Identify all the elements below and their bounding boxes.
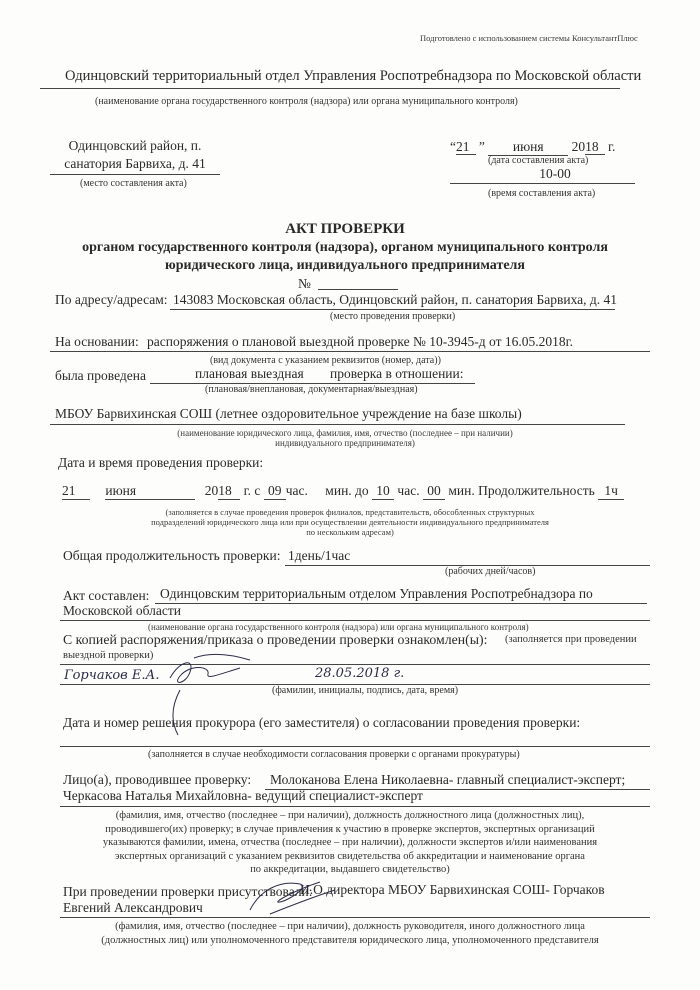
handwritten-date: 28.05.2018 г. (315, 666, 404, 681)
signature-present-icon (240, 870, 350, 920)
acquainted-note2: выездной проверки) (63, 650, 153, 661)
compiled-label: Акт составлен: (63, 588, 149, 604)
place-line2: санатория Барвиха, д. 41 (60, 156, 210, 172)
organ-name: Одинцовский территориальный отдел Управл… (65, 68, 641, 85)
prosecutor-label: Дата и номер решения прокурора (его заме… (63, 715, 580, 731)
dt-min2: мин. Продолжительность (448, 483, 594, 498)
total-duration-label: Общая продолжительность проверки: (63, 548, 280, 564)
compiled-value2: Московской области (63, 603, 181, 619)
present-value2: Евгений Александрович (63, 900, 203, 916)
address-caption: (место проведения проверки) (330, 311, 455, 322)
address-underline (170, 309, 615, 310)
inspectors-caption-line: по аккредитации, выдавшего свидетельство… (0, 863, 700, 877)
act-number-field (318, 289, 398, 290)
date-g: г. (608, 139, 615, 154)
conducted-label: была проведена (55, 368, 146, 384)
inspectors-caption-line: указываются фамилии, имена, отчества (по… (0, 836, 700, 850)
datetime-row: 21 июня 2018 г. с 09час. мин. до 10 час.… (62, 483, 662, 500)
header-note: Подготовлено с использованием системы Ко… (420, 33, 638, 43)
prosecutor-underline (60, 746, 650, 747)
date-month: июня (488, 139, 568, 156)
inspectors-value2: Черкасова Наталья Михайловна- ведущий сп… (63, 788, 423, 804)
date-caption: (дата составления акта) (488, 155, 588, 166)
dt-chas2: час. (397, 483, 419, 498)
date-day: 21 (456, 139, 476, 155)
act-number-label: № (298, 276, 311, 292)
address-value: 143083 Московская область, Одинцовский р… (173, 292, 617, 308)
dt-to-min: 00 (423, 483, 445, 500)
datetime-caption1: (заполняется в случае проведения проверо… (0, 507, 700, 517)
act-time: 10-00 (480, 166, 630, 182)
basis-value: распоряжения о плановой выездной проверк… (147, 334, 573, 350)
compiled-caption: (наименование органа государственного ко… (148, 622, 529, 632)
dt-day: 21 (62, 483, 90, 500)
dt-chas1: час. (286, 483, 308, 498)
address-label: По адресу/адресам: (55, 292, 168, 308)
present-caption-line: (должностных лиц) или уполномоченного пр… (0, 934, 700, 948)
datetime-caption3: по нескольким адресам) (0, 527, 700, 537)
organ-caption: (наименование органа государственного ко… (95, 96, 518, 107)
acquainted-caption: (фамилии, инициалы, подпись, дата, время… (272, 685, 458, 696)
quote-close: ” (479, 139, 485, 154)
date-year-suffix: 18 (585, 139, 605, 155)
inspectors-value1: Молоканова Елена Николаевна- главный спе… (270, 772, 625, 788)
present-caption-line: (фамилия, имя, отчество (последнее – при… (0, 920, 700, 934)
acquainted-underline1 (60, 664, 650, 665)
organ-underline (40, 88, 620, 89)
dt-g-s: г. с (244, 483, 261, 498)
entity-underline (50, 424, 625, 425)
dt-month: июня (105, 483, 195, 500)
title-sub2: юридического лица, индивидуального предп… (0, 258, 690, 274)
entity-name: МБОУ Барвихинская СОШ (летнее оздоровите… (55, 406, 522, 422)
acquainted-label: С копией распоряжения/приказа о проведен… (63, 632, 487, 648)
inspectors-caption-line: проводившего(их) проверку; в случае прив… (0, 823, 700, 837)
total-duration-caption: (рабочих дней/часов) (445, 566, 535, 577)
handwritten-name: Горчаков Е.А. (64, 668, 159, 683)
inspectors-label: Лицо(а), проводившее проверку: (63, 772, 251, 788)
inspectors-caption: (фамилия, имя, отчество (последнее – при… (0, 809, 700, 877)
dt-duration: 1ч (598, 483, 624, 500)
entity-caption1: (наименование юридического лица, фамилия… (0, 428, 690, 438)
compiled-underline2 (60, 620, 650, 621)
place-underline (50, 174, 220, 175)
basis-caption: (вид документа с указанием реквизитов (н… (210, 355, 441, 366)
date-year-prefix: 20 (572, 139, 586, 154)
inspectors-underline2 (60, 806, 650, 807)
place-caption: (место составления акта) (80, 178, 187, 189)
dt-min1: мин. до (325, 483, 368, 498)
datetime-caption2: подразделений юридического лица или при … (0, 517, 700, 527)
inspectors-caption-line: экспертных организаций с указанием рекви… (0, 850, 700, 864)
dt-from-hour: 09 (264, 483, 286, 500)
entity-caption2: индивидуального предпринимателя) (0, 438, 690, 448)
page-title: АКТ ПРОВЕРКИ (0, 221, 690, 238)
compiled-underline1 (155, 603, 647, 604)
datetime-label: Дата и время проведения проверки: (58, 455, 263, 471)
time-underline (450, 183, 635, 184)
place-line1: Одинцовский район, п. (60, 138, 210, 154)
compiled-value1: Одинцовским территориальным отделом Упра… (160, 586, 593, 602)
total-duration-value: 1день/1час (288, 548, 350, 564)
basis-underline (50, 351, 650, 352)
inspectors-caption-line: (фамилия, имя, отчество (последнее – при… (0, 809, 700, 823)
time-caption: (время составления акта) (488, 188, 595, 199)
acquainted-note: (заполняется при проведении (505, 634, 637, 645)
dt-year-prefix: 20 (205, 483, 219, 498)
act-date: “21 ” июня 2018 г. (450, 139, 650, 156)
conducted-value: плановая выездная (195, 366, 304, 382)
dt-year-suffix: 18 (218, 483, 240, 500)
basis-label: На основании: (55, 334, 139, 350)
prosecutor-caption: (заполняется в случае необходимости согл… (148, 749, 520, 760)
title-sub1: органом государственного контроля (надзо… (0, 240, 690, 256)
conducted-suffix: проверка в отношении: (330, 366, 464, 382)
conducted-caption: (плановая/внеплановая, документарная/вые… (205, 384, 418, 395)
present-underline (60, 917, 650, 918)
dt-to-hour: 10 (372, 483, 394, 500)
present-caption: (фамилия, имя, отчество (последнее – при… (0, 920, 700, 947)
